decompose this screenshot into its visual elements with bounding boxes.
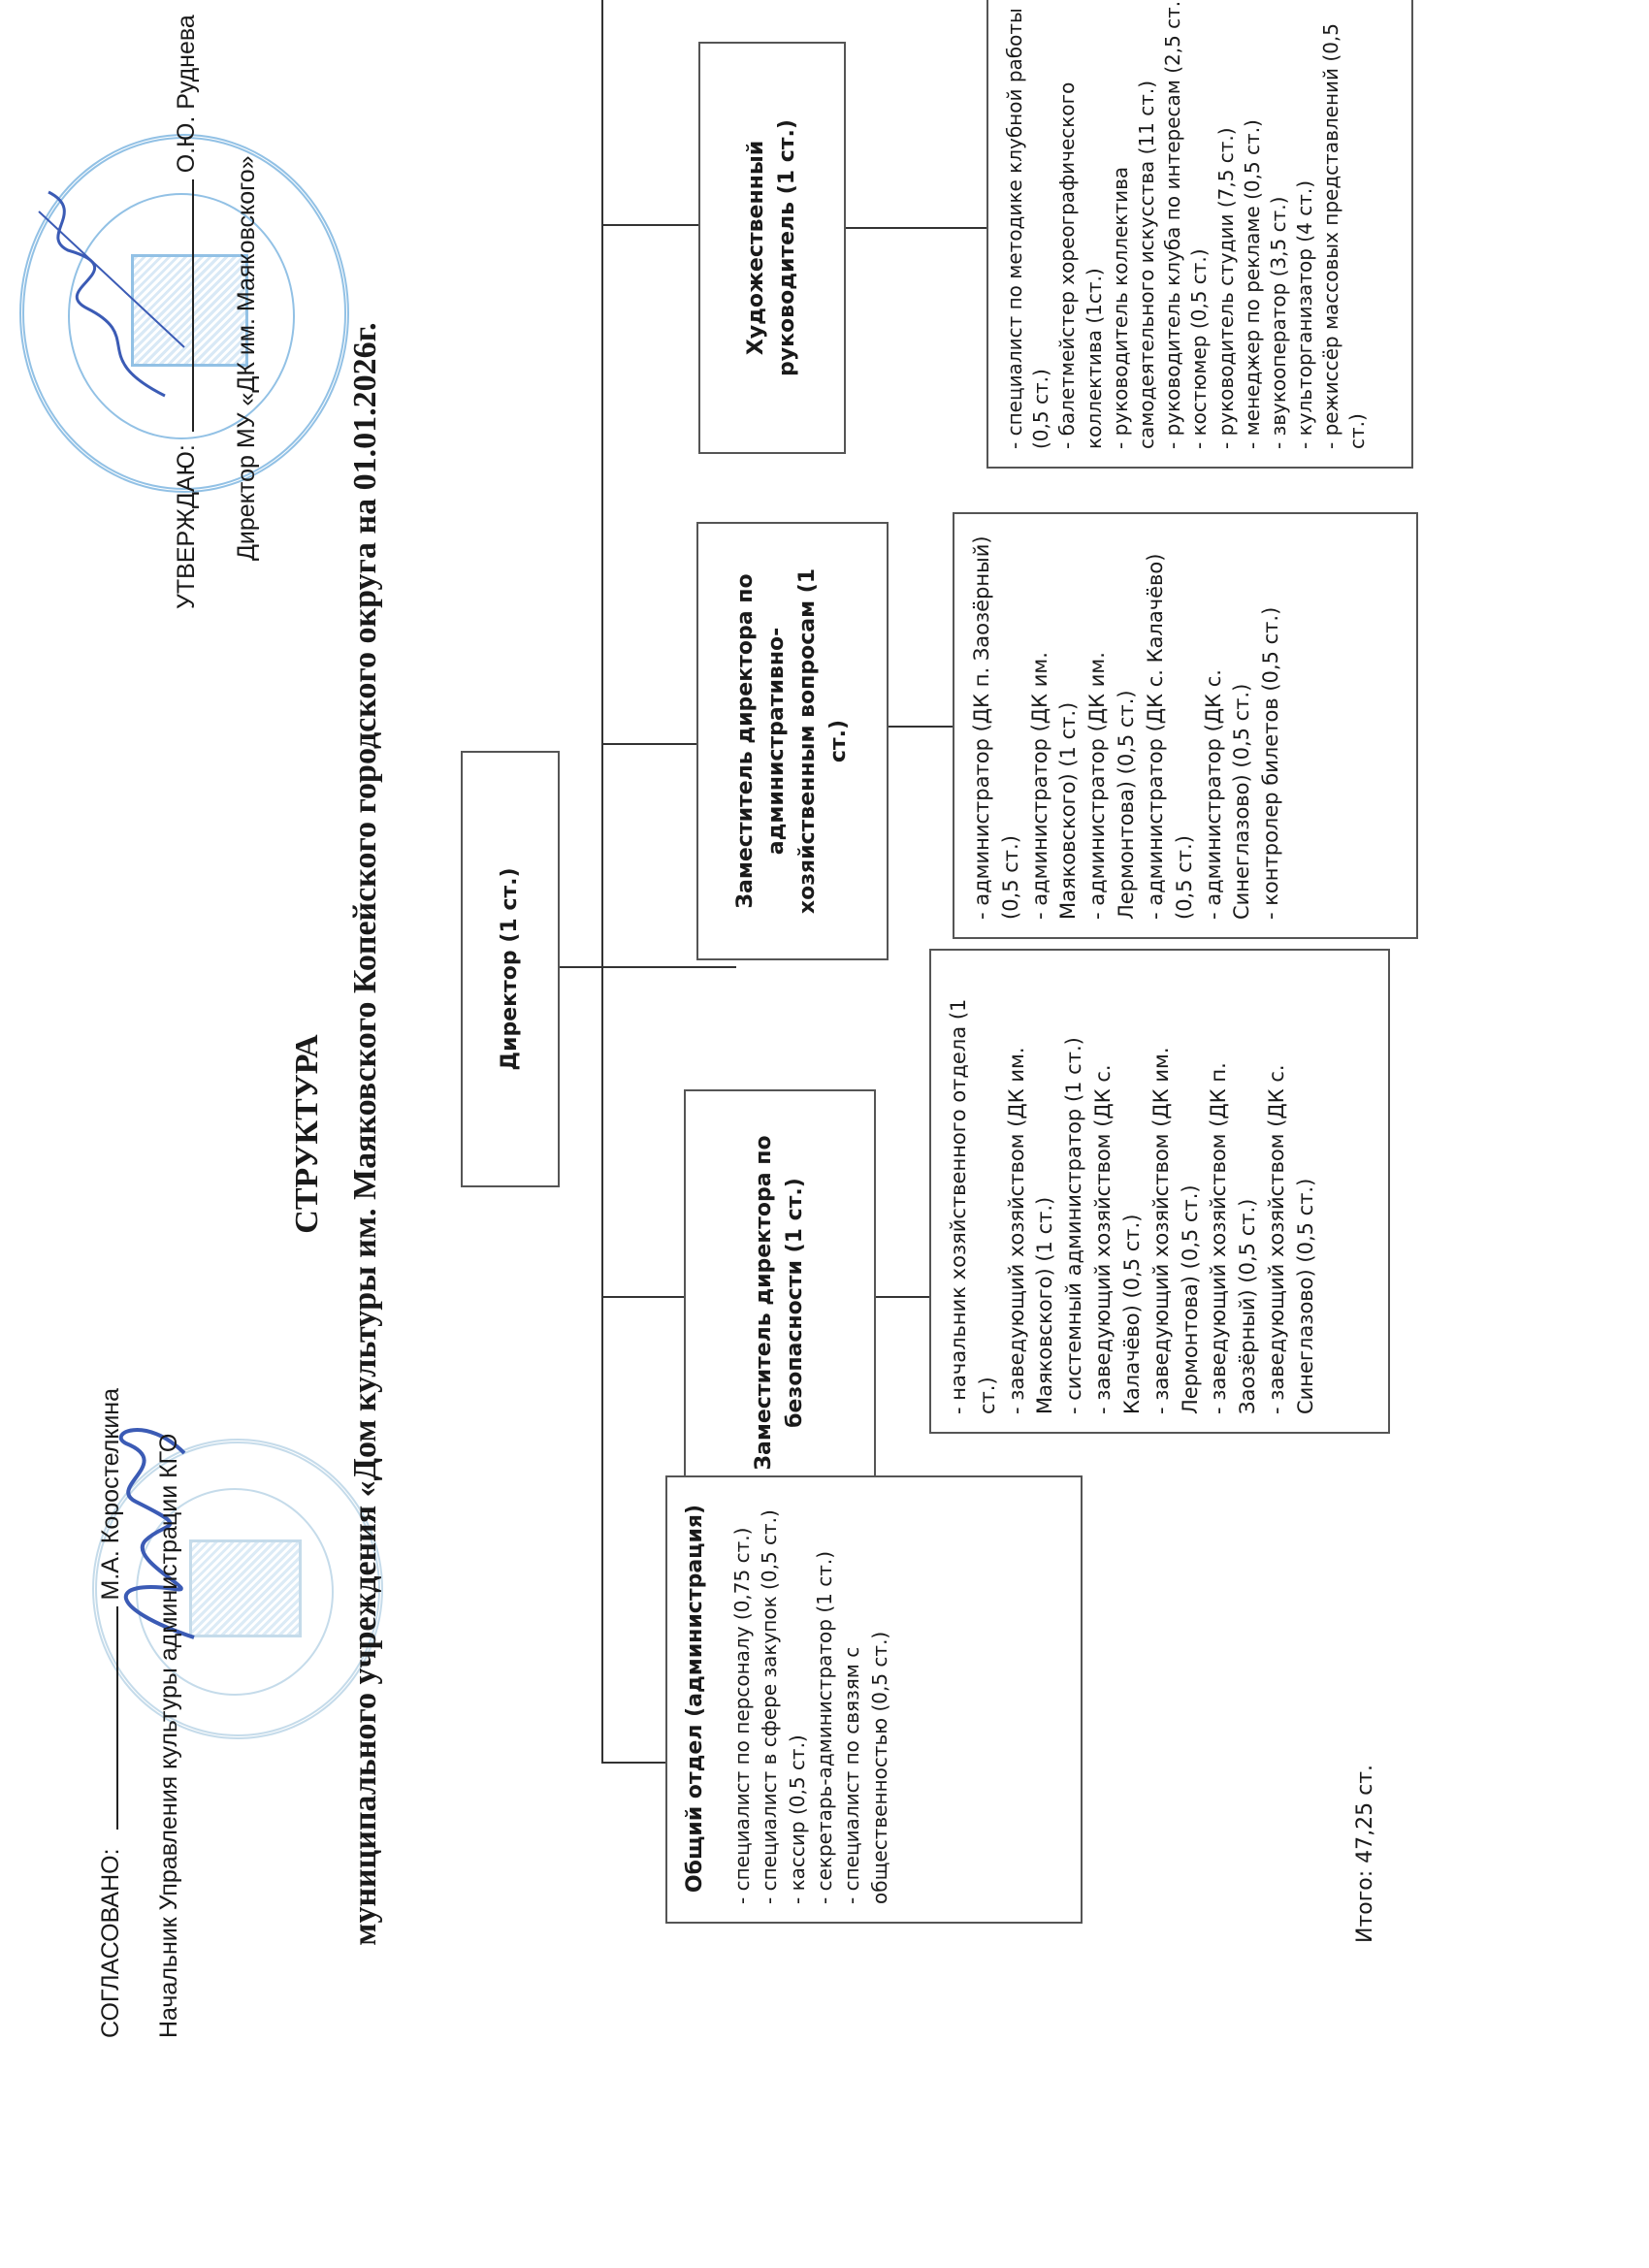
list-item: - балетмейстер хореографического коллект… bbox=[1054, 0, 1107, 449]
connector-director bbox=[560, 966, 736, 968]
connector-admin bbox=[601, 743, 698, 745]
document-title: СТРУКТУРА bbox=[289, 0, 326, 2268]
list-item: - администратор (ДК п. Заозёрный) (0,5 с… bbox=[968, 530, 1026, 920]
approved-name: О.Ю. Руднева bbox=[173, 15, 200, 173]
connector-art-list bbox=[846, 227, 986, 229]
list-item: - культорганизатор (4 ст.) bbox=[1292, 0, 1318, 449]
list-item: - начальник хозяйственного отдела (1 ст.… bbox=[945, 966, 1003, 1414]
director-label: Директор (1 ст.) bbox=[495, 867, 526, 1070]
admin-deputy-box: Заместитель директора по административно… bbox=[696, 522, 889, 960]
list-item: - заведующий хозяйством (ДК с. Калачёво)… bbox=[1089, 966, 1148, 1414]
list-item: - специалист по методике клубной работы … bbox=[1002, 0, 1054, 449]
list-item: - костюмер (0,5 ст.) bbox=[1186, 0, 1212, 449]
connector-general bbox=[601, 1762, 665, 1764]
list-item: - руководитель студии (7,5 ст.) bbox=[1213, 0, 1240, 449]
list-item: - секретарь-администратор (1 ст.) bbox=[811, 1493, 838, 1904]
approved-block: УТВЕРЖДАЮ: О.Ю. Руднева bbox=[173, 15, 201, 609]
admin-deputy-title: Заместитель директора по административно… bbox=[730, 563, 855, 920]
security-deputy-box: Заместитель директора по безопасности (1… bbox=[684, 1089, 876, 1516]
approved-label: УТВЕРЖДАЮ: bbox=[173, 444, 200, 609]
admin-staff-box: - администратор (ДК п. Заозёрный) (0,5 с… bbox=[953, 512, 1418, 939]
connector-trunk bbox=[601, 0, 603, 1764]
agreed-name: М.А. Коростелкина bbox=[97, 1388, 124, 1601]
list-item: - режиссёр массовых представлений (0,5 с… bbox=[1318, 0, 1371, 449]
agreed-block: СОГЛАСОВАНО: М.А. Коростелкина bbox=[97, 1388, 125, 2038]
connector-security-list bbox=[876, 1296, 929, 1298]
general-department-box: Общий отдел (администрация) - специалист… bbox=[665, 1475, 1083, 1924]
list-item: - администратор (ДК им. Лермонтова) (0,5… bbox=[1083, 530, 1142, 920]
list-item: - контролер билетов (0,5 ст.) bbox=[1257, 530, 1286, 920]
list-item: - заведующий хозяйством (ДК им. Маяковск… bbox=[1003, 966, 1061, 1414]
list-item: - заведующий хозяйством (ДК с. Синеглазо… bbox=[1263, 966, 1321, 1414]
list-item: - администратор (ДК с. Калачёво) (0,5 ст… bbox=[1142, 530, 1200, 920]
list-item: - руководитель коллектива самодеятельног… bbox=[1108, 0, 1160, 449]
agreed-label: СОГЛАСОВАНО: bbox=[97, 1848, 124, 2038]
agreed-position: Начальник Управления культуры администра… bbox=[155, 1434, 183, 2038]
art-staff-box: - специалист по методике клубной работы … bbox=[986, 0, 1413, 469]
list-item: - администратор (ДК им. Маяковского) (1 … bbox=[1026, 530, 1084, 920]
list-item: - заведующий хозяйством (ДК им. Лермонто… bbox=[1148, 966, 1206, 1414]
list-item: - специалист в сфере закупок (0,5 ст.) bbox=[756, 1493, 783, 1904]
approved-signature bbox=[29, 182, 194, 405]
approved-position: Директор МУ «ДК им. Маяковского» bbox=[233, 155, 261, 561]
list-item: - специалист по персоналу (0,75 ст.) bbox=[728, 1493, 756, 1904]
connector-admin-list bbox=[889, 726, 953, 728]
security-deputy-title: Заместитель директора по безопасности (1… bbox=[749, 1130, 811, 1475]
agreed-signature-line bbox=[116, 1607, 118, 1831]
security-staff-box: - начальник хозяйственного отдела (1 ст.… bbox=[929, 949, 1390, 1434]
list-item: - кассир (0,5 ст.) bbox=[784, 1493, 811, 1904]
director-box: Директор (1 ст.) bbox=[461, 751, 560, 1187]
approved-signature-line bbox=[192, 179, 194, 432]
general-department-title: Общий отдел (администрация) bbox=[681, 1493, 711, 1904]
document-subtitle: муниципального учреждения «Дом культуры … bbox=[347, 0, 384, 2268]
staff-total: Итого: 47,25 ст. bbox=[1353, 1765, 1377, 1943]
document-page: СОГЛАСОВАНО: М.А. Коростелкина Начальник… bbox=[0, 0, 1649, 2268]
list-item: - специалист по связям с общественностью… bbox=[838, 1493, 893, 1904]
connector-art bbox=[601, 224, 698, 226]
list-item: - звукооператор (3,5 ст.) bbox=[1266, 0, 1292, 449]
list-item: - системный администратор (1 ст.) bbox=[1060, 966, 1089, 1414]
art-director-box: Художественный руководитель (1 ст.) bbox=[698, 42, 846, 454]
list-item: - заведующий хозяйством (ДК п. Заозёрный… bbox=[1205, 966, 1263, 1414]
list-item: - администратор (ДК с. Синеглазово) (0,5… bbox=[1200, 530, 1258, 920]
list-item: - менеджер по рекламе (0,5 ст.) bbox=[1240, 0, 1266, 449]
art-director-title: Художественный руководитель (1 ст.) bbox=[741, 73, 803, 423]
list-item: - руководитель клуба по интересам (2,5 с… bbox=[1160, 0, 1186, 449]
